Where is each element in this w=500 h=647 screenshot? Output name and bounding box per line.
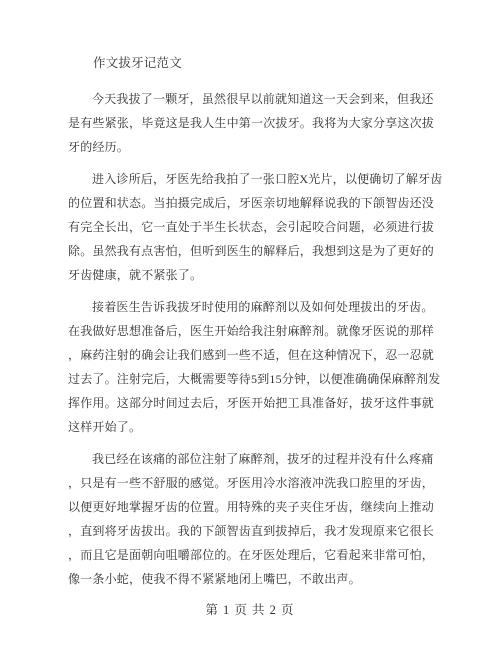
- paragraph-3: 接着医生告诉我拔牙时使用的麻醉剂以及如何处理拔出的牙齿。 在我做好思想准备后，医…: [68, 295, 432, 439]
- paragraph-2: 进入诊所后，牙医先给我拍了一张口腔X光片，以便确切了解牙齿 的位置和状态。当拍摄…: [68, 167, 432, 287]
- document-title: 作文拔牙记范文: [68, 51, 432, 75]
- paragraph-4: 我已经在该痛的部位注射了麻醉剂，拔牙的过程并没有什么疼痛 ，只是有一些不舒服的感…: [68, 447, 432, 591]
- page-number-footer: 第 1 页 共 2 页: [0, 599, 500, 621]
- paragraph-1: 今天我拔了一颗牙，虽然很早以前就知道这一天会到来，但我还 是有些紧张，毕竟这是我…: [68, 87, 432, 159]
- document-page: 作文拔牙记范文 今天我拔了一颗牙，虽然很早以前就知道这一天会到来，但我还 是有些…: [0, 0, 500, 647]
